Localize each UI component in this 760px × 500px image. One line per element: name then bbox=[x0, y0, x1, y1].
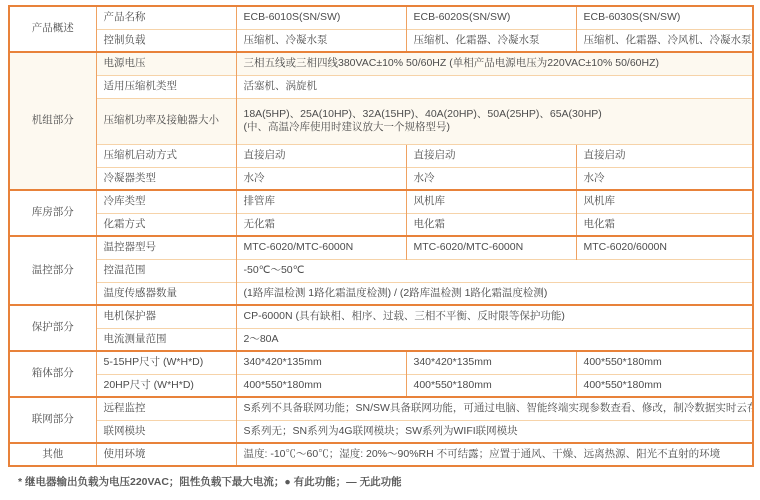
table-row: 电流测量范围 2～80A bbox=[9, 328, 753, 351]
table-row: 化霜方式 无化霜 电化霜 电化霜 bbox=[9, 213, 753, 236]
table-row: 温度传感器数量 (1路库温检测 1路化霜温度检测) / (2路库温检测 1路化霜… bbox=[9, 282, 753, 305]
table-row: 其他 使用环境 温度: -10℃～60℃；湿度: 20%～90%RH 不可结露；… bbox=[9, 443, 753, 466]
value-cell: CP-6000N (具有缺相、相序、过载、三相不平衡、反时限等保护功能) bbox=[236, 305, 753, 328]
value-cell: 400*550*180mm bbox=[576, 351, 753, 374]
param-cell: 使用环境 bbox=[96, 443, 236, 466]
param-cell: 控制负载 bbox=[96, 29, 236, 52]
table-row: 压缩机启动方式 直接启动 直接启动 直接启动 bbox=[9, 144, 753, 167]
value-cell: 温度: -10℃～60℃；湿度: 20%～90%RH 不可结露；应置于通风、干燥… bbox=[236, 443, 753, 466]
value-cell: S系列不具备联网功能；SN/SW具备联网功能，可通过电脑、智能终端实现参数查看、… bbox=[236, 397, 753, 420]
category-cell: 箱体部分 bbox=[9, 351, 96, 397]
param-cell: 电流测量范围 bbox=[96, 328, 236, 351]
param-cell: 电机保护器 bbox=[96, 305, 236, 328]
param-cell: 化霜方式 bbox=[96, 213, 236, 236]
value-cell: MTC-6020/6000N bbox=[576, 236, 753, 259]
value-cell: MTC-6020/MTC-6000N bbox=[236, 236, 406, 259]
table-row: 压缩机功率及接触器大小 18A(5HP)、25A(10HP)、32A(15HP)… bbox=[9, 98, 753, 144]
value-cell: -50℃～50℃ bbox=[236, 259, 753, 282]
table-row: 20HP尺寸 (W*H*D) 400*550*180mm 400*550*180… bbox=[9, 374, 753, 397]
param-cell: 远程监控 bbox=[96, 397, 236, 420]
table-row: 冷凝器类型 水冷 水冷 水冷 bbox=[9, 167, 753, 190]
value-cell: 三相五线或三相四线380VAC±10% 50/60HZ (单相产品电源电压为22… bbox=[236, 52, 753, 75]
value-cell: MTC-6020/MTC-6000N bbox=[406, 236, 576, 259]
value-cell: ECB-6020S(SN/SW) bbox=[406, 6, 576, 29]
value-cell: 18A(5HP)、25A(10HP)、32A(15HP)、40A(20HP)、5… bbox=[236, 98, 753, 144]
category-cell: 机组部分 bbox=[9, 52, 96, 190]
param-cell: 联网模块 bbox=[96, 420, 236, 443]
category-cell: 其他 bbox=[9, 443, 96, 466]
value-cell: 排管库 bbox=[236, 190, 406, 213]
value-cell: (1路库温检测 1路化霜温度检测) / (2路库温检测 1路化霜温度检测) bbox=[236, 282, 753, 305]
value-cell: 400*550*180mm bbox=[576, 374, 753, 397]
param-cell: 适用压缩机类型 bbox=[96, 75, 236, 98]
value-cell: 直接启动 bbox=[406, 144, 576, 167]
table-row: 库房部分 冷库类型 排管库 风机库 风机库 bbox=[9, 190, 753, 213]
value-cell: ECB-6030S(SN/SW) bbox=[576, 6, 753, 29]
spec-table: 产品概述 产品名称 ECB-6010S(SN/SW) ECB-6020S(SN/… bbox=[8, 5, 754, 467]
category-cell: 库房部分 bbox=[9, 190, 96, 236]
param-cell: 电源电压 bbox=[96, 52, 236, 75]
table-row: 控温范围 -50℃～50℃ bbox=[9, 259, 753, 282]
param-cell: 产品名称 bbox=[96, 6, 236, 29]
value-cell: 直接启动 bbox=[236, 144, 406, 167]
value-cell: 水冷 bbox=[576, 167, 753, 190]
param-cell: 温度传感器数量 bbox=[96, 282, 236, 305]
page-container: 产品概述 产品名称 ECB-6010S(SN/SW) ECB-6020S(SN/… bbox=[0, 0, 760, 489]
value-cell: 电化霜 bbox=[576, 213, 753, 236]
table-row: 联网部分 远程监控 S系列不具备联网功能；SN/SW具备联网功能，可通过电脑、智… bbox=[9, 397, 753, 420]
value-cell: 风机库 bbox=[576, 190, 753, 213]
table-row: 控制负载 压缩机、冷凝水泵 压缩机、化霜器、冷凝水泵 压缩机、化霜器、冷风机、冷… bbox=[9, 29, 753, 52]
param-cell: 压缩机功率及接触器大小 bbox=[96, 98, 236, 144]
value-cell: 400*550*180mm bbox=[236, 374, 406, 397]
param-cell: 压缩机启动方式 bbox=[96, 144, 236, 167]
value-cell: 直接启动 bbox=[576, 144, 753, 167]
table-row: 温控部分 温控器型号 MTC-6020/MTC-6000N MTC-6020/M… bbox=[9, 236, 753, 259]
value-cell: 活塞机、涡旋机 bbox=[236, 75, 753, 98]
value-cell: 水冷 bbox=[406, 167, 576, 190]
category-cell: 保护部分 bbox=[9, 305, 96, 351]
value-cell: 压缩机、化霜器、冷风机、冷凝水泵 bbox=[576, 29, 753, 52]
value-cell: 2～80A bbox=[236, 328, 753, 351]
param-cell: 冷凝器类型 bbox=[96, 167, 236, 190]
value-cell: 风机库 bbox=[406, 190, 576, 213]
table-row: 箱体部分 5-15HP尺寸 (W*H*D) 340*420*135mm 340*… bbox=[9, 351, 753, 374]
value-cell: 340*420*135mm bbox=[236, 351, 406, 374]
value-cell: 电化霜 bbox=[406, 213, 576, 236]
param-cell: 温控器型号 bbox=[96, 236, 236, 259]
value-cell: S系列无；SN系列为4G联网模块；SW系列为WIFI联网模块 bbox=[236, 420, 753, 443]
table-row: 产品概述 产品名称 ECB-6010S(SN/SW) ECB-6020S(SN/… bbox=[9, 6, 753, 29]
value-cell: ECB-6010S(SN/SW) bbox=[236, 6, 406, 29]
table-row: 机组部分 电源电压 三相五线或三相四线380VAC±10% 50/60HZ (单… bbox=[9, 52, 753, 75]
table-row: 联网模块 S系列无；SN系列为4G联网模块；SW系列为WIFI联网模块 bbox=[9, 420, 753, 443]
param-cell: 20HP尺寸 (W*H*D) bbox=[96, 374, 236, 397]
value-cell: 340*420*135mm bbox=[406, 351, 576, 374]
table-row: 适用压缩机类型 活塞机、涡旋机 bbox=[9, 75, 753, 98]
table-row: 保护部分 电机保护器 CP-6000N (具有缺相、相序、过载、三相不平衡、反时… bbox=[9, 305, 753, 328]
value-cell: 压缩机、冷凝水泵 bbox=[236, 29, 406, 52]
category-cell: 产品概述 bbox=[9, 6, 96, 52]
category-cell: 联网部分 bbox=[9, 397, 96, 443]
value-cell: 400*550*180mm bbox=[406, 374, 576, 397]
category-cell: 温控部分 bbox=[9, 236, 96, 305]
value-cell: 压缩机、化霜器、冷凝水泵 bbox=[406, 29, 576, 52]
param-cell: 5-15HP尺寸 (W*H*D) bbox=[96, 351, 236, 374]
param-cell: 控温范围 bbox=[96, 259, 236, 282]
value-cell: 水冷 bbox=[236, 167, 406, 190]
param-cell: 冷库类型 bbox=[96, 190, 236, 213]
value-cell: 无化霜 bbox=[236, 213, 406, 236]
footnote-text: * 继电器输出负载为电压220VAC；阻性负载下最大电流；● 有此功能；— 无此… bbox=[18, 474, 752, 489]
